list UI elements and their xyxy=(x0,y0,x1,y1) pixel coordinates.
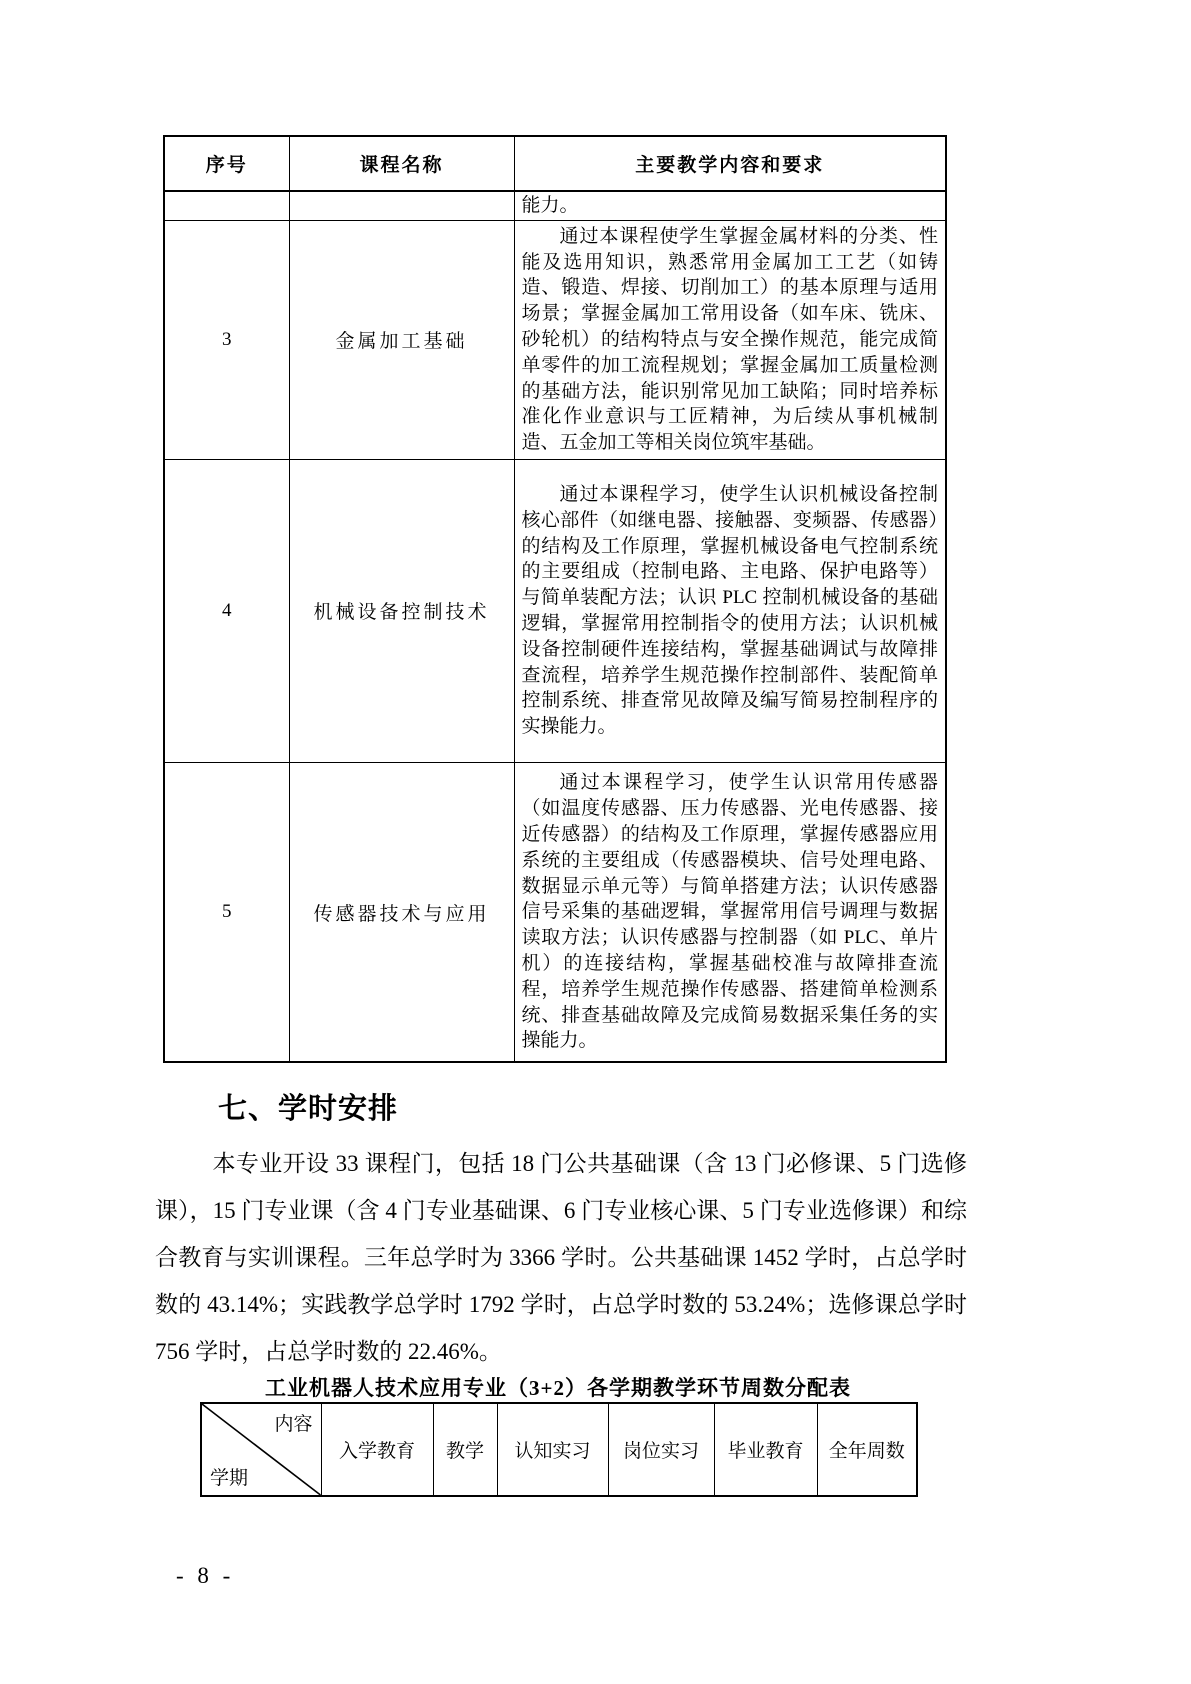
course-content: 通过本课程学习，使学生认识机械设备控制核心部件（如继电器、接触器、变频器、传感器… xyxy=(514,459,946,762)
course-index: 5 xyxy=(164,762,289,1062)
schedule-col-cognition-practice: 认知实习 xyxy=(497,1403,608,1496)
col-header-course-name: 课程名称 xyxy=(289,136,514,191)
course-content-text: 通过本课程学习，使学生认识常用传感器（如温度传感器、压力传感器、光电传感器、接近… xyxy=(522,770,939,1054)
schedule-col-graduation-education: 毕业教育 xyxy=(714,1403,817,1496)
course-content-text: 通过本课程学习，使学生认识机械设备控制核心部件（如继电器、接触器、变频器、传感器… xyxy=(522,482,939,740)
course-content: 通过本课程使学生掌握金属材料的分类、性能及选用知识，熟悉常用金属加工工艺（如铸造… xyxy=(514,220,946,459)
schedule-col-enrollment-education: 入学教育 xyxy=(321,1403,433,1496)
document-page: 序号 课程名称 主要教学内容和要求 能力。 3 金属加工基础 通过本课程使学生掌… xyxy=(0,0,1191,1684)
course-index: 4 xyxy=(164,459,289,762)
corner-header-cell: 内容 学期 xyxy=(201,1403,321,1496)
schedule-table: 内容 学期 入学教育 教学 认知实习 岗位实习 毕业教育 全年周数 xyxy=(200,1402,918,1497)
course-table: 序号 课程名称 主要教学内容和要求 能力。 3 金属加工基础 通过本课程使学生掌… xyxy=(163,135,947,1063)
col-header-index: 序号 xyxy=(164,136,289,191)
corner-label-semester: 学期 xyxy=(210,1463,248,1490)
course-index: 3 xyxy=(164,220,289,459)
course-name: 传感器技术与应用 xyxy=(289,762,514,1062)
course-table-header-row: 序号 课程名称 主要教学内容和要求 xyxy=(164,136,946,191)
schedule-header-row: 内容 学期 入学教育 教学 认知实习 岗位实习 毕业教育 全年周数 xyxy=(201,1403,917,1496)
table-row-course-5: 5 传感器技术与应用 通过本课程学习，使学生认识常用传感器（如温度传感器、压力传… xyxy=(164,762,946,1062)
table-row-carryover: 能力。 xyxy=(164,191,946,220)
carryover-text: 能力。 xyxy=(514,191,946,220)
course-content-text: 通过本课程使学生掌握金属材料的分类、性能及选用知识，熟悉常用金属加工工艺（如铸造… xyxy=(522,224,939,456)
course-content: 通过本课程学习，使学生认识常用传感器（如温度传感器、压力传感器、光电传感器、接近… xyxy=(514,762,946,1062)
name-cell-empty xyxy=(289,191,514,220)
course-name: 金属加工基础 xyxy=(289,220,514,459)
schedule-col-teaching: 教学 xyxy=(433,1403,497,1496)
col-header-content: 主要教学内容和要求 xyxy=(514,136,946,191)
schedule-col-total-weeks: 全年周数 xyxy=(817,1403,917,1496)
table-row-course-4: 4 机械设备控制技术 通过本课程学习，使学生认识机械设备控制核心部件（如继电器、… xyxy=(164,459,946,762)
schedule-table-title: 工业机器人技术应用专业（3+2）各学期教学环节周数分配表 xyxy=(200,1372,916,1402)
index-cell-empty xyxy=(164,191,289,220)
table-row-course-3: 3 金属加工基础 通过本课程使学生掌握金属材料的分类、性能及选用知识，熟悉常用金… xyxy=(164,220,946,459)
corner-label-content: 内容 xyxy=(274,1409,312,1436)
section-heading: 七、学时安排 xyxy=(218,1086,398,1127)
schedule-col-post-practice: 岗位实习 xyxy=(608,1403,714,1496)
hours-paragraph: 本专业开设 33 课程门，包括 18 门公共基础课（含 13 门必修课、5 门选… xyxy=(155,1140,967,1375)
page-number: - 8 - xyxy=(176,1563,234,1589)
course-name: 机械设备控制技术 xyxy=(289,459,514,762)
